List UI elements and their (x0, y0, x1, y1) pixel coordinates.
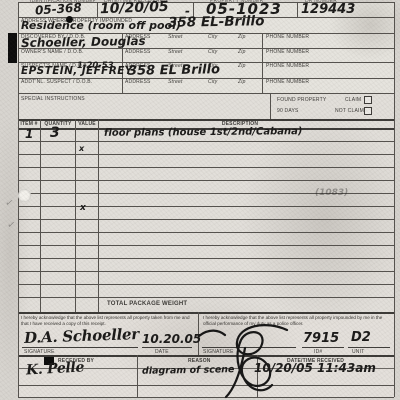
grid-line-v (98, 119, 99, 312)
claim-checkbox[interactable] (364, 96, 372, 104)
signature-date-value: 10.20.05 (142, 333, 201, 345)
street-col-label: Street (168, 49, 183, 55)
grid-line-v (270, 93, 271, 119)
pen-mark-x: x (80, 204, 86, 213)
address-col-label: ADDRESS (125, 49, 151, 55)
discovered-by-value: Schoeller, Douglas (21, 35, 146, 49)
received-by-signature: K. Pelle (26, 360, 85, 377)
dr-number-value: 129443 (301, 3, 355, 16)
phone-col-label: PHONE NUMBER (266, 34, 309, 40)
margin-checkmark: ✓ (6, 220, 16, 231)
zip-col-label: Zip (238, 79, 246, 85)
special-instructions-label: SPECIAL INSTRUCTIONS (21, 96, 85, 102)
id-line (302, 347, 344, 348)
owner-name-label: OWNER'S NAME / D.O.B. (21, 49, 84, 55)
grid-line-v (394, 2, 395, 397)
total-package-weight-label: TOTAL PACKAGE WEIGHT (107, 301, 187, 307)
hole-punch (18, 189, 31, 202)
id-label: ID# (314, 349, 322, 355)
item-quantity-value: 3 (50, 126, 60, 140)
officer-id-value: 7915 (303, 332, 339, 345)
margin-checkmark: ✓ (4, 198, 14, 209)
city-col-label: City (208, 79, 217, 85)
address-col-label: ADDRESS (125, 79, 151, 85)
suspect-name-value: EPSTEIN, JEFFREY (21, 66, 133, 77)
street-col-label: Street (168, 79, 183, 85)
grid-line-v (40, 119, 41, 312)
date-recovered-value: 10/20/05 (100, 0, 169, 16)
suspect-address-value: 358 EL Brillo (128, 63, 220, 78)
faint-note: (1083) (315, 189, 348, 198)
pen-mark-x: x (79, 145, 84, 153)
not-claim-checkbox[interactable] (364, 107, 372, 115)
grid-line-v (137, 355, 138, 397)
grid-line-v (262, 33, 263, 93)
reason-value: diagram of scene (142, 365, 235, 376)
address-impounded-street: 358 EL-Brillo (168, 15, 265, 30)
phone-col-label: PHONE NUMBER (266, 63, 309, 69)
signature-label: SIGNATURE (24, 349, 55, 355)
grid-line-h (18, 312, 394, 314)
officer-unit-value: D2 (351, 331, 371, 344)
city-col-label: City (208, 49, 217, 55)
grid-line-h (18, 93, 394, 94)
scanned-property-receipt: IDENTIFICATION NUMBER DATE/TIME RECOVERE… (0, 0, 400, 400)
zip-col-label: Zip (238, 49, 246, 55)
unit-label: UNIT (352, 349, 364, 355)
datetime-received-value: 10/20/05 11:43am (254, 362, 376, 374)
found-property-label: FOUND PROPERTY (277, 97, 326, 103)
not-claim-label: NOT CLAIM (335, 108, 364, 114)
city-col-label: City (208, 34, 217, 40)
date-line (142, 347, 192, 348)
item-number-value: 1 (25, 128, 33, 140)
grid-line-v (297, 2, 298, 17)
id-number-value: 05-368 (35, 1, 82, 16)
zip-col-label: Zip (238, 34, 246, 40)
phone-col-label: PHONE NUMBER (266, 79, 309, 85)
grid-line-v (75, 119, 76, 312)
grid-line-v (97, 2, 98, 17)
owner-signature: D.A. Schoeller (24, 327, 139, 346)
value-col-header: VALUE (78, 121, 96, 127)
unit-line (348, 347, 390, 348)
zip-col-label: Zip (238, 63, 246, 69)
redaction-bar (8, 33, 17, 63)
ninety-days-label: 90 DAYS (277, 108, 299, 114)
phone-col-label: PHONE NUMBER (266, 49, 309, 55)
street-col-label: Street (168, 34, 183, 40)
signature-line (22, 347, 138, 348)
reason-label: REASON (188, 358, 211, 364)
addtl-suspect-label: ADDT'NL. SUSPECT / D.O.B. (21, 79, 92, 85)
ack-text-left: I hereby acknowledge that the above list… (21, 315, 193, 326)
address-impounded-value: Residence (room off pool) (21, 20, 181, 31)
claim-label: CLAIM (345, 97, 361, 103)
item-description-value: floor plans (house 1st/2nd/Cabana) (104, 127, 303, 139)
date-label: DATE (155, 349, 169, 355)
